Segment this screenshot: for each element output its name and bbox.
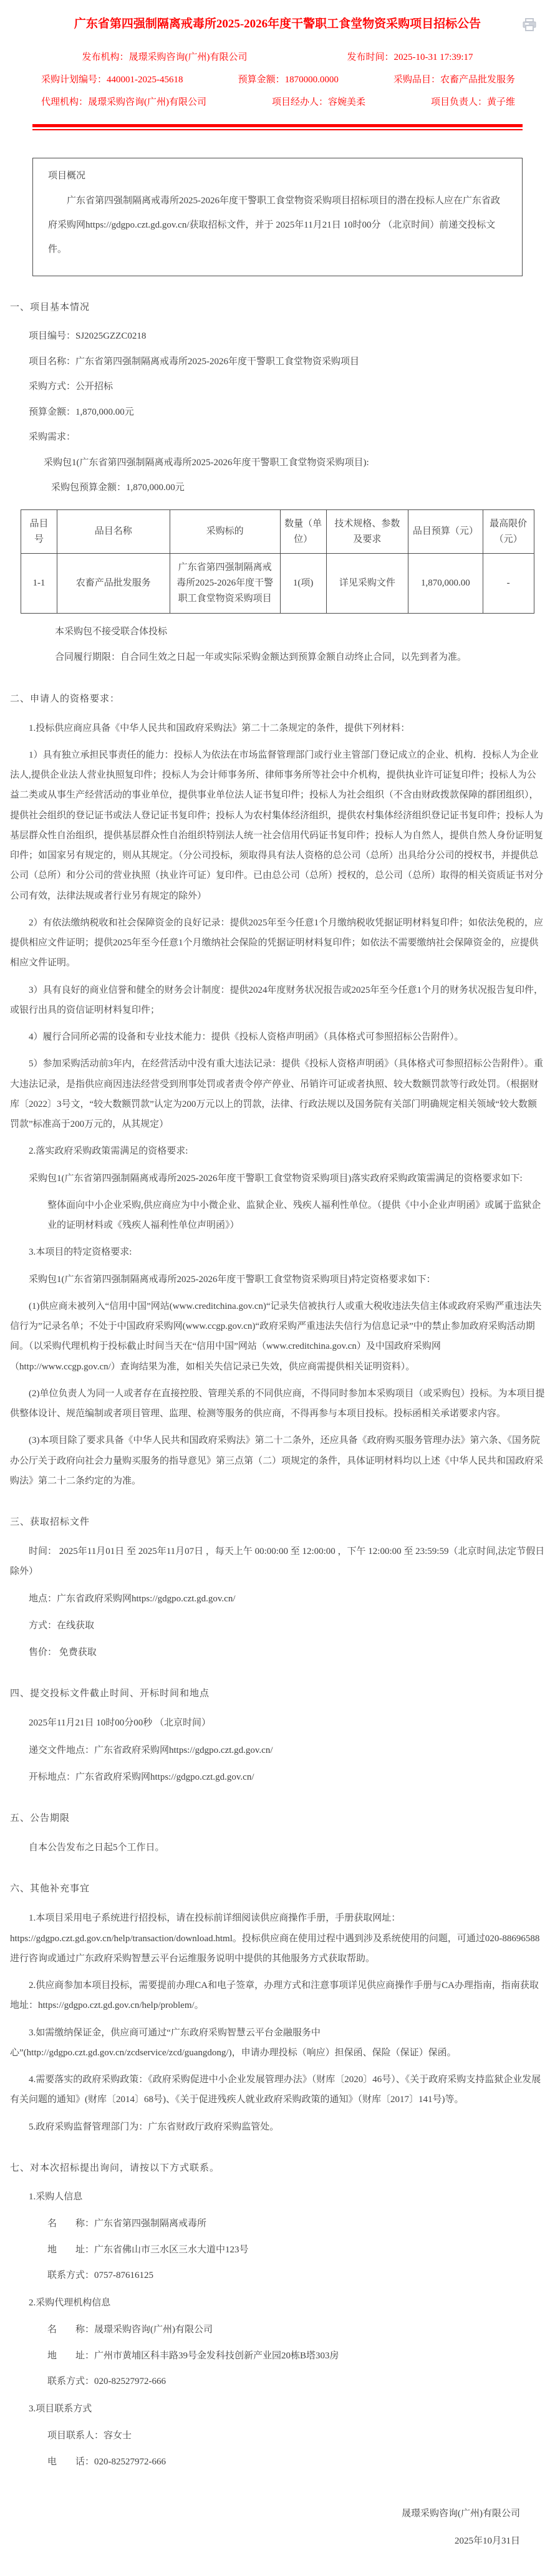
purchaser-address-line: 地 址：广东省佛山市三水区三水大道中123号 <box>47 2241 545 2260</box>
qualification-para: (3)本项目除了要求具备《中华人民共和国政府采购法》第二十二条外，还应具备《政府… <box>10 1430 545 1491</box>
sme-policy-para: 整体面向中小企业采购,供应商应为中小微企业、监狱企业、残疾人福利性单位。（提供《… <box>47 1195 545 1236</box>
signature-company: 晟璟采购咨询(广州)有限公司 <box>10 2501 520 2528</box>
agency-name-line: 名 称：晟璟采购咨询(广州)有限公司 <box>47 2320 545 2340</box>
project-overview-box: 项目概况 广东省第四强制隔离戒毒所2025-2026年度干警职工食堂物资采购项目… <box>32 158 523 276</box>
items-table: 品目号 品目名称 采购标的 数量（单位） 技术规格、参数及要求 品目预算（元） … <box>21 509 534 614</box>
overview-body: 广东省第四强制隔离戒毒所2025-2026年度干警职工食堂物资采购项目招标项目的… <box>48 189 507 262</box>
col-budget: 品目预算（元） <box>408 509 483 554</box>
meta-row-1: 发布机构：晟璟采购咨询(广州)有限公司 发布时间：2025-10-31 17:3… <box>10 50 545 63</box>
qualification-para: (1)供应商未被列入“信用中国”网站(www.creditchina.gov.c… <box>10 1296 545 1377</box>
section4-heading: 四、提交投标文件截止时间、开标时间和地点 <box>10 1686 545 1699</box>
col-quantity: 数量（单位） <box>280 509 326 554</box>
project-contact-title: 3.项目联系方式 <box>10 2400 545 2419</box>
overview-heading: 项目概况 <box>48 168 507 181</box>
qualification-para: 4）履行合同所必需的设备和专业技术能力：提供《投标人资格声明函》（具体格式可参照… <box>10 1027 545 1047</box>
cell-item-no: 1-1 <box>21 554 57 613</box>
supplement-para: 1.本项目采用电子系统进行招投标，请在投标前详细阅读供应商操作手册，手册获取网址… <box>10 1908 545 1969</box>
agency-address-line: 地 址：广州市黄埔区科丰路39号金发科技创新产业园20栋B塔303房 <box>47 2347 545 2366</box>
manager-field: 项目负责人：黄子维 <box>431 95 515 108</box>
section1-heading: 一、项目基本情况 <box>10 300 545 313</box>
obtain-place-line: 地点：广东省政府采购网https://gdgpo.czt.gd.gov.cn/ <box>10 1589 545 1609</box>
meta-info: 发布机构：晟璟采购咨询(广州)有限公司 发布时间：2025-10-31 17:3… <box>10 50 545 108</box>
agency-field: 代理机构：晟璟采购咨询(广州)有限公司 <box>41 95 206 108</box>
col-item-name: 品目名称 <box>57 509 170 554</box>
supplement-para: 4.需要落实的政府采购政策：《政府采购促进中小企业发展管理办法》（财库〔2020… <box>10 2070 545 2110</box>
qualification-para: 1.投标供应商应具备《中华人民共和国政府采购法》第二十二条规定的条件，提供下列材… <box>10 718 545 738</box>
cell-spec: 详见采购文件 <box>326 554 408 613</box>
publish-time-field: 发布时间：2025-10-31 17:39:17 <box>347 50 473 63</box>
submit-place-line: 递交文件地点：广东省政府采购网https://gdgpo.czt.gd.gov.… <box>10 1740 545 1760</box>
signature-date: 2025年10月31日 <box>10 2528 520 2555</box>
cell-subject: 广东省第四强制隔离戒毒所2025-2026年度干警职工食堂物资采购项目 <box>170 554 280 613</box>
announcement-page: 广东省第四强制隔离戒毒所2025-2026年度干警职工食堂物资采购项目招标公告 … <box>0 0 555 2576</box>
plan-number-field: 采购计划编号：440001-2025-45618 <box>41 72 183 85</box>
cell-item-name: 农畜产品批发服务 <box>57 554 170 613</box>
section7-heading: 七、对本次招标提出询问，请按以下方式联系。 <box>10 2161 545 2174</box>
table-header-row: 品目号 品目名称 采购标的 数量（单位） 技术规格、参数及要求 品目预算（元） … <box>21 509 534 554</box>
package-budget-line: 采购包预算金额：1,870,000.00元 <box>10 478 545 498</box>
qualification-para: 2）有依法缴纳税收和社会保障资金的良好记录：提供2025年至今任意1个月缴纳税收… <box>10 913 545 973</box>
purchaser-name-line: 名 称：广东省第四强制隔离戒毒所 <box>47 2214 545 2234</box>
meta-row-3: 代理机构：晟璟采购咨询(广州)有限公司 项目经办人：容婉美柔 项目负责人：黄子维 <box>10 95 545 108</box>
qualification-para: 采购包1(广东省第四强制隔离戒毒所2025-2026年度干警职工食堂物资采购项目… <box>10 1169 545 1189</box>
page-title: 广东省第四强制隔离戒毒所2025-2026年度干警职工食堂物资采购项目招标公告 <box>35 15 520 34</box>
publisher-field: 发布机构：晟璟采购咨询(广州)有限公司 <box>82 50 247 63</box>
obtain-price-line: 售价： 免费获取 <box>10 1643 545 1662</box>
demand-line: 采购需求： <box>10 428 545 448</box>
qualification-para: 采购包1(广东省第四强制隔离戒毒所2025-2026年度干警职工食堂物资采购项目… <box>10 1270 545 1290</box>
supplement-para: 5.政府采购监督管理部门为：广东省财政厅政府采购监管处。 <box>10 2117 545 2137</box>
project-number-line: 项目编号：SJ2025GZZC0218 <box>10 327 545 347</box>
qualification-para: 1）具有独立承担民事责任的能力：投标人为依法在市场监督管理部门或行业主管部门登记… <box>10 745 545 906</box>
red-divider <box>32 124 523 130</box>
col-item-no: 品目号 <box>21 509 57 554</box>
section6-heading: 六、其他补充事宜 <box>10 1881 545 1894</box>
project-contact-line: 项目联系人：容女士 <box>47 2426 545 2446</box>
printer-icon[interactable] <box>521 17 538 32</box>
package-line: 采购包1(广东省第四强制隔离戒毒所2025-2026年度干警职工食堂物资采购项目… <box>10 453 545 473</box>
col-max-price: 最高限价（元） <box>483 509 534 554</box>
section5-heading: 五、公告期限 <box>10 1811 545 1824</box>
project-name-line: 项目名称：广东省第四强制隔离戒毒所2025-2026年度干警职工食堂物资采购项目 <box>10 352 545 372</box>
obtain-time-line: 时间： 2025年11月01日 至 2025年11月07日 ，每天上午 00:0… <box>10 1541 545 1582</box>
agency-info-title: 2.采购代理机构信息 <box>10 2294 545 2313</box>
project-phone-line: 电 话：020-82527972-666 <box>47 2453 545 2472</box>
purchaser-info-title: 1.采购人信息 <box>10 2188 545 2207</box>
cell-quantity: 1(项) <box>280 554 326 613</box>
qualification-para: 3.本项目的特定资格要求: <box>10 1242 545 1262</box>
title-bar: 广东省第四强制隔离戒毒所2025-2026年度干警职工食堂物资采购项目招标公告 <box>10 11 545 34</box>
col-subject: 采购标的 <box>170 509 280 554</box>
qualification-para: (2)单位负责人为同一人或者存在直接控股、管理关系的不同供应商，不得同时参加本采… <box>10 1384 545 1424</box>
agency-phone-line: 联系方式：020-82527972-666 <box>47 2372 545 2392</box>
handler-field: 项目经办人：容婉美柔 <box>272 95 365 108</box>
no-consortium-note: 本采购包不接受联合体投标 <box>55 622 545 642</box>
table-row: 1-1 农畜产品批发服务 广东省第四强制隔离戒毒所2025-2026年度干警职工… <box>21 554 534 613</box>
open-place-line: 开标地点：广东省政府采购网https://gdgpo.czt.gd.gov.cn… <box>10 1767 545 1787</box>
contract-term-note: 合同履行期限：自合同生效之日起一年或实际采购金额达到预算金额自动终止合同，以先到… <box>55 648 545 668</box>
cell-max-price: - <box>483 554 534 613</box>
obtain-method-line: 方式：在线获取 <box>10 1616 545 1636</box>
cell-budget: 1,870,000.00 <box>408 554 483 613</box>
budget-line: 预算金额：1,870,000.00元 <box>10 403 545 423</box>
category-field: 采购品目：农畜产品批发服务 <box>393 72 515 85</box>
qualification-para: 5）参加采购活动前3年内，在经营活动中没有重大违法记录：提供《投标人资格声明函》… <box>10 1054 545 1134</box>
qualification-para: 3）具有良好的商业信誉和健全的财务会计制度：提供2024年度财务状况报告或202… <box>10 980 545 1021</box>
procurement-method-line: 采购方式：公开招标 <box>10 377 545 397</box>
signature-block: 晟璟采购咨询(广州)有限公司 2025年10月31日 <box>10 2501 545 2555</box>
section2-heading: 二、申请人的资格要求： <box>10 692 545 705</box>
meta-row-2: 采购计划编号：440001-2025-45618 预算金额：1870000.00… <box>10 72 545 85</box>
supplement-para: 2.供应商参加本项目投标，需要提前办理CA和电子签章，办理方式和注意事项详见供应… <box>10 1975 545 2016</box>
qualification-para: 2.落实政府采购政策需满足的资格要求: <box>10 1141 545 1161</box>
col-spec: 技术规格、参数及要求 <box>326 509 408 554</box>
announcement-period-line: 自本公告发布之日起5个工作日。 <box>10 1838 545 1858</box>
supplement-para: 3.如需缴纳保证金，供应商可通过“广东政府采购智慧云平台金融服务中心”(http… <box>10 2023 545 2063</box>
section3-heading: 三、获取招标文件 <box>10 1515 545 1528</box>
budget-field: 预算金额：1870000.0000 <box>238 72 339 85</box>
purchaser-phone-line: 联系方式：0757-87616125 <box>47 2266 545 2286</box>
deadline-line: 2025年11月21日 10时00分00秒 （北京时间） <box>10 1713 545 1733</box>
